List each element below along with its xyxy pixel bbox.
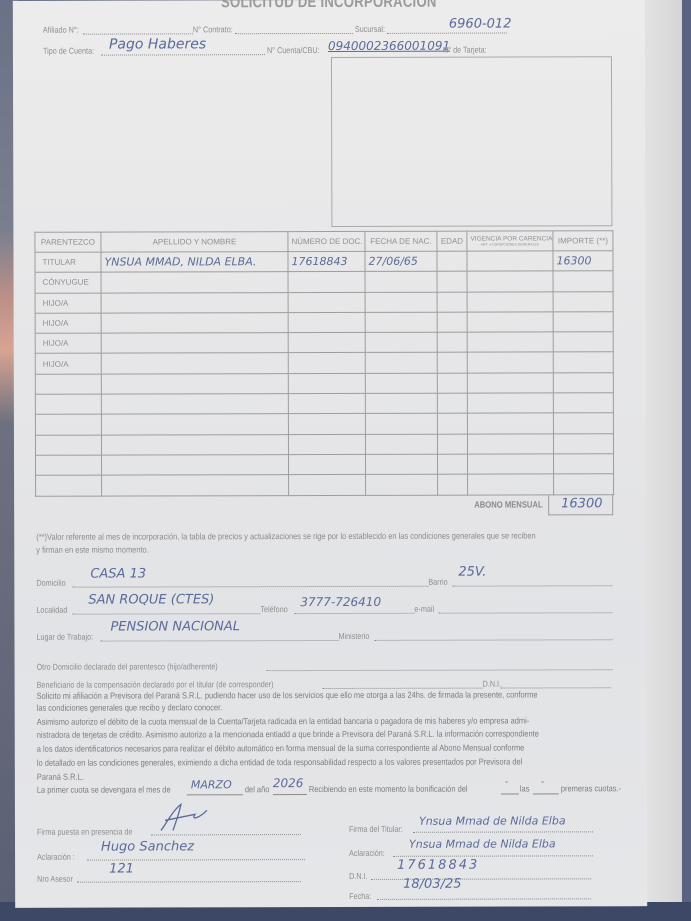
cell-parentezco: HIJO/A [35,354,101,374]
cell-importe[interactable] [553,271,613,291]
cell-nombre[interactable] [101,292,288,313]
header-doc: NÚMERO DE DOC. [288,231,365,251]
cell-doc[interactable] [288,272,365,292]
aclaracion-titular-field[interactable] [393,855,593,857]
cell-parentezco: HIJO/A [35,313,101,333]
cell-doc[interactable] [288,373,365,393]
cell-nombre[interactable] [101,434,288,455]
cell-doc[interactable] [288,312,365,332]
beneficiario-dni-label: D.N.I. [483,679,502,689]
cell-vigencia[interactable] [467,271,553,292]
table-row: HIJO/A [35,312,613,334]
bonif-field[interactable] [501,794,519,795]
table-row [35,413,613,435]
cell-doc[interactable]: 17618843 [288,251,365,271]
cell-doc[interactable] [288,353,365,373]
sucursal-label: Sucursal: [355,24,385,34]
cell-parentezco [35,374,101,394]
header-vigencia-subnote: ART. 4 CONDICIONES GENERALES [470,242,549,246]
cell-importe[interactable] [554,454,614,474]
email-label: e-mail [414,604,434,614]
cell-importe[interactable] [553,393,613,413]
fecha-field[interactable] [377,898,591,900]
cell-edad[interactable] [437,271,467,291]
cell-vigencia[interactable] [467,352,553,373]
background-right [682,0,691,921]
cell-fecha-nac[interactable] [365,332,437,352]
table-row [36,474,614,496]
footnote-line-1: (**)Valor referente al mes de incorporac… [36,530,536,542]
fecha-label: Fecha: [349,891,371,901]
aclaracion-value: Hugo Sanchez [101,839,194,854]
cuenta-cbu-value: 0940002366001091 [328,39,450,53]
presencia-signature-icon [155,800,215,836]
primer-cuota-anio-label: del año [245,784,270,795]
las-field[interactable] [533,793,559,794]
table-row [36,454,614,476]
domicilio-field[interactable] [72,586,428,588]
cell-doc[interactable] [288,333,365,353]
cell-edad[interactable] [437,434,467,454]
cell-edad[interactable] [437,414,467,434]
sucursal-value: 6960-012 [449,17,512,32]
cell-doc[interactable] [289,454,366,474]
cell-importe[interactable] [553,312,613,332]
trabajo-field[interactable] [100,640,338,642]
cell-parentezco: TITULAR [35,252,101,272]
abono-mensual-label: ABONO MENSUAL [474,499,542,509]
cell-parentezco [36,475,102,495]
header-vigencia: VIGENCIA POR CARENCIA ART. 4 CONDICIONES… [467,231,553,251]
cell-nombre[interactable] [101,333,288,354]
cell-nombre[interactable] [101,394,288,415]
form-sheet: SOLICITUD DE INCORPORACION Afiliado N°: … [13,0,647,908]
beneficiario-dni-field[interactable] [501,687,611,688]
telefono-label: Teléfono [260,604,287,614]
cell-importe[interactable]: 16300 [553,251,613,271]
cell-importe[interactable] [553,413,613,433]
cell-nombre[interactable]: YNSUA MMAD, NILDA ELBA. [101,252,288,273]
primer-cuota-suffix: premeras cuotas.- [561,783,621,794]
cell-importe[interactable] [553,332,613,352]
asesor-value: 121 [109,862,134,877]
cell-nombre[interactable] [101,272,288,293]
cell-doc[interactable] [288,414,365,434]
email-field[interactable] [438,612,612,613]
cell-nombre[interactable] [101,373,288,394]
bonif-value: - [505,778,508,788]
cell-edad[interactable] [437,332,467,352]
cell-edad[interactable] [437,353,467,373]
telefono-field[interactable] [294,613,414,614]
cell-parentezco: CÓNYUGUE [35,272,101,292]
cell-importe[interactable] [553,291,613,311]
cell-vigencia[interactable] [467,434,553,455]
trabajo-label: Lugar de Trabajo: [36,632,93,642]
contrato-label: N° Contrato: [193,24,233,34]
cell-importe[interactable] [553,373,613,393]
otro-domicilio-label: Otro Domicilio declarado del parentesco … [37,661,218,671]
cell-importe[interactable] [553,433,613,453]
cell-fecha-nac[interactable] [365,373,437,393]
table-row [35,433,613,455]
las-label: las [520,783,530,794]
table-row [35,373,613,395]
cell-fecha-nac[interactable]: 27/06/65 [365,251,437,271]
abono-mensual-field[interactable]: 16300 [548,495,613,515]
ministerio-field[interactable] [374,639,612,641]
photo-box [331,56,612,227]
paragraph-line-5: a los datos identificatorios necesarios … [37,742,525,754]
cell-vigencia[interactable] [467,332,553,353]
tipo-cuenta-field[interactable] [101,54,265,55]
tarjeta-label: N° de Tarjeta: [443,45,487,55]
primer-cuota-mes-value: MARZO [191,778,232,791]
cell-edad[interactable] [437,251,467,271]
table-row: CÓNYUGUE [35,271,613,293]
table-row: HIJO/A [35,291,613,313]
fecha-value: 18/03/25 [403,877,461,892]
footnote-line-2: y firman en este mismo momento. [36,544,149,555]
cell-doc[interactable] [288,434,365,454]
trabajo-value: PENSION NACIONAL [110,619,240,634]
cell-vigencia[interactable] [468,474,554,495]
primer-cuota-prefix: La primer cuota se devengara el mes de [37,784,171,795]
family-table: PARENTEZCO APELLIDO Y NOMBRE NÚMERO DE D… [34,230,614,496]
cell-nombre[interactable] [101,414,288,435]
cell-vigencia[interactable] [467,393,553,414]
las-value: - [541,777,544,787]
cell-importe[interactable] [554,474,614,494]
cell-vigencia[interactable] [467,413,553,434]
paragraph-line-7: Paraná S.R.L. [37,772,84,783]
header-importe: IMPORTE (**) [553,231,613,251]
afiliado-field[interactable] [83,33,193,34]
barrio-value: 25V. [458,565,486,580]
header-parentezco: PARENTEZCO [35,232,101,252]
sucursal-field[interactable] [387,33,507,34]
paragraph-line-4: nistradora de terjetas de crédito. Asimi… [37,728,539,740]
tipo-cuenta-value: Pago Haberes [109,36,206,52]
aclaracion-titular-label: Aclaración: [349,848,385,858]
cell-doc[interactable] [289,475,366,495]
cell-nombre[interactable] [102,455,289,476]
firma-titular-field[interactable] [413,831,593,832]
ministerio-label: Ministerio [338,631,369,641]
localidad-label: Localidad [36,605,67,615]
domicilio-label: Domicilio [36,578,65,588]
cell-vigencia[interactable] [467,251,553,272]
cell-vigencia[interactable] [467,292,553,313]
beneficiario-label: Beneficiario de la compensación declarad… [37,679,274,690]
paragraph-line-2: las condiciones generales que recibo y d… [37,702,223,713]
cell-vigencia[interactable] [467,373,553,394]
table-header-row: PARENTEZCO APELLIDO Y NOMBRE NÚMERO DE D… [35,231,613,253]
cell-doc[interactable] [288,393,365,413]
aclaracion-label: Aclaración : [37,852,75,862]
paragraph-line-1: Solicito mi afiliación a Previsora del P… [37,689,538,701]
firma-titular-label: Firma del Titular: [349,824,403,834]
table-row [35,393,613,415]
cell-parentezco: HIJO/A [35,293,101,313]
header-nombre: APELLIDO Y NOMBRE [101,232,288,252]
cell-doc[interactable] [288,292,365,312]
cell-fecha-nac[interactable] [365,434,437,454]
cell-edad[interactable] [437,393,467,413]
table-row: TITULARYNSUA MMAD, NILDA ELBA.1761884327… [35,251,613,273]
header-fecha-nac: FECHA DE NAC. [365,231,437,251]
cell-nombre[interactable] [101,353,288,374]
cell-fecha-nac[interactable] [365,414,437,434]
primer-cuota-anio-field[interactable] [273,794,307,795]
cell-edad[interactable] [438,454,468,474]
barrio-field[interactable] [452,585,612,586]
primer-cuota-anio-value: 2026 [273,776,304,790]
cell-fecha-nac[interactable] [365,272,437,292]
primer-cuota-mes-field[interactable] [187,794,243,795]
asesor-field[interactable] [77,881,301,883]
cell-parentezco [35,414,101,434]
barrio-label: Barrio [428,577,447,587]
localidad-field[interactable] [72,613,260,614]
paragraph-line-3: Asimismo autorizo el débito de la cuota … [37,715,530,727]
cell-vigencia[interactable] [467,312,553,333]
cell-edad[interactable] [438,474,468,494]
cell-importe[interactable] [553,352,613,372]
firma-titular-value: Ynsua Mmad de Nilda Elba [419,814,566,827]
cell-nombre[interactable] [102,475,289,496]
aclaracion-titular-value: Ynsua Mmad de Nilda Elba [409,837,556,850]
cell-edad[interactable] [437,373,467,393]
cell-parentezco: HIJO/A [35,333,101,353]
telefono-value: 3777-726410 [300,595,381,609]
cell-fecha-nac[interactable] [366,454,438,474]
table-row: HIJO/A [35,352,613,374]
table-row: HIJO/A [35,332,613,354]
firma-presencia-label: Firma puesta en presencia de [37,827,133,837]
header-edad: EDAD [437,231,467,251]
cell-parentezco [36,455,102,475]
localidad-value: SAN ROQUE (CTES) [88,592,214,607]
cell-fecha-nac[interactable] [365,292,437,312]
dni-titular-value: 17618843 [397,858,479,873]
aclaracion-field[interactable] [87,859,305,861]
asesor-label: Nro Asesor [37,874,73,884]
form-title: SOLICITUD DE INCORPORACION [70,0,588,13]
tipo-cuenta-label: Tipo de Cuenta: [43,46,94,56]
cuenta-cbu-label: N° Cuenta/CBU: [267,45,320,55]
cell-fecha-nac[interactable] [365,312,437,332]
cell-edad[interactable] [437,292,467,312]
cell-parentezco [35,394,101,414]
domicilio-value: CASA 13 [90,566,146,581]
cell-vigencia[interactable] [468,454,554,475]
primer-cuota-bonif-text: Recibiendo en este momento la bonificaci… [309,784,468,795]
cell-nombre[interactable] [101,312,288,333]
contrato-field[interactable] [235,33,353,34]
cell-fecha-nac[interactable] [365,393,437,413]
cell-parentezco [35,435,101,455]
otro-domicilio-field[interactable] [267,669,613,671]
dni-titular-label: D.N.I. [349,871,368,881]
cell-edad[interactable] [437,312,467,332]
afiliado-label: Afiliado N°: [43,25,79,35]
abono-mensual-value: 16300 [561,496,602,511]
cell-fecha-nac[interactable] [366,474,438,494]
paragraph-line-6: lo detallado en las condiciones generale… [37,756,523,768]
cell-fecha-nac[interactable] [365,353,437,373]
